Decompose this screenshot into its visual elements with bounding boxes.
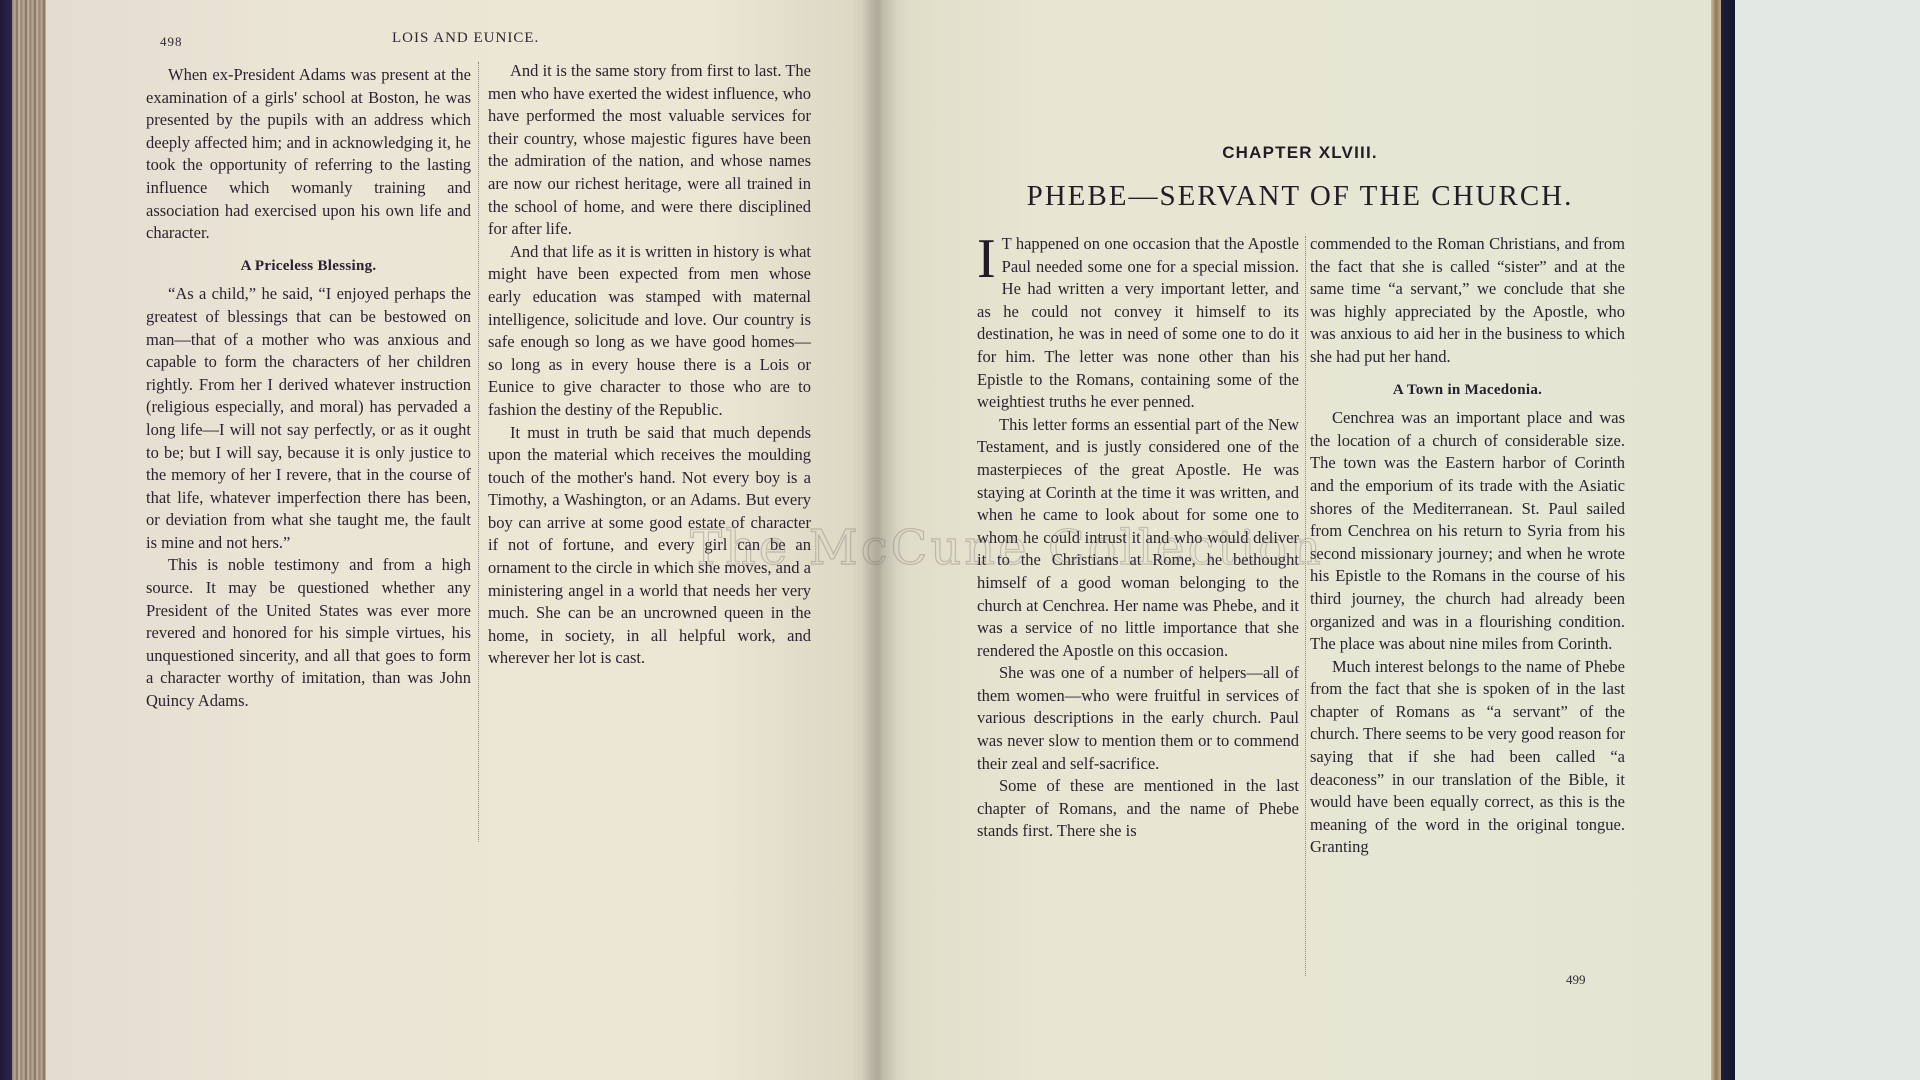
paragraph: And it is the same story from first to l… — [488, 60, 811, 241]
paragraph: Much interest belongs to the name of Phe… — [1310, 656, 1625, 859]
column-divider — [1305, 236, 1306, 976]
running-head: LOIS AND EUNICE. — [392, 30, 539, 47]
paragraph: She was one of a number of helpers—all o… — [977, 662, 1299, 775]
page-number-right: 499 — [1566, 972, 1586, 988]
paragraph: Cenchrea was an important place and was … — [1310, 407, 1625, 656]
paragraph-text: T happened on one occasion that the Apos… — [977, 234, 1299, 411]
paragraph: “As a child,” he said, “I enjoyed perhap… — [146, 283, 471, 554]
paragraph: commended to the Roman Christians, and f… — [1310, 233, 1625, 369]
drop-cap: I — [977, 237, 996, 281]
page-edges-right — [1711, 0, 1721, 1080]
section-subheading: A Town in Macedonia. — [1310, 379, 1625, 402]
book-cover-left — [0, 0, 12, 1080]
section-subheading: A Priceless Blessing. — [146, 255, 471, 278]
page-edges-left — [12, 0, 46, 1080]
paragraph: Some of these are mentioned in the last … — [977, 775, 1299, 843]
paragraph: And that life as it is written in histor… — [488, 241, 811, 422]
left-page-column-1: When ex-President Adams was present at t… — [146, 64, 471, 713]
watermark: The McCune Collection — [690, 520, 1324, 576]
paragraph: When ex-President Adams was present at t… — [146, 64, 471, 245]
book-cover-right — [1721, 0, 1735, 1080]
column-divider — [478, 62, 479, 842]
left-page-column-2: And it is the same story from first to l… — [488, 60, 811, 670]
paragraph: This is noble testimony and from a high … — [146, 554, 471, 712]
background-surface — [1735, 0, 1920, 1080]
page-number-left: 498 — [160, 34, 183, 50]
chapter-number: CHAPTER XLVIII. — [1000, 143, 1600, 163]
opening-paragraph: IT happened on one occasion that the Apo… — [977, 233, 1299, 414]
chapter-title: PHEBE—SERVANT OF THE CHURCH. — [960, 180, 1640, 213]
book-photo: 498 LOIS AND EUNICE. When ex-President A… — [0, 0, 1920, 1080]
right-page-column-2: commended to the Roman Christians, and f… — [1310, 233, 1625, 859]
